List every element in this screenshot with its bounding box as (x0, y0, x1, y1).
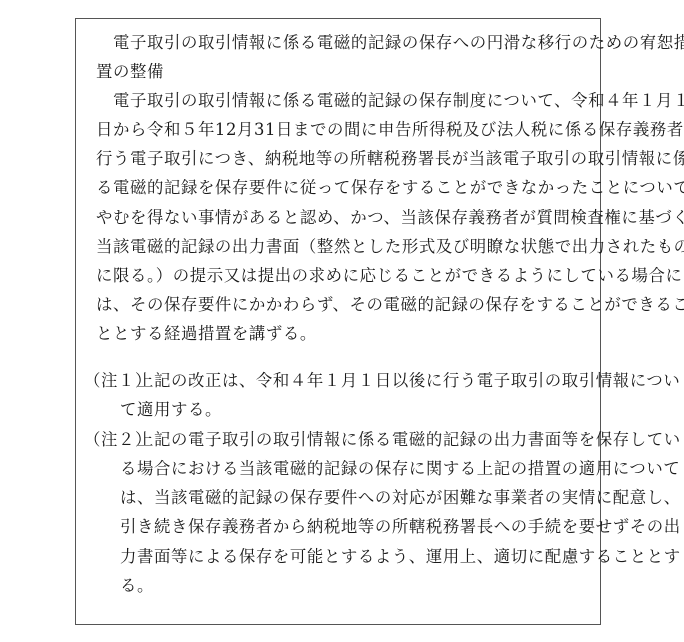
note-2-line-6: る。 (120, 576, 154, 596)
note-2-line-1: 上記の電子取引の取引情報に係る電磁的記録の出力書面等を保存してい (137, 430, 681, 450)
note-2-line-5: 力書面等による保存を可能とするよう、運用上、適切に配慮することとす (120, 547, 681, 567)
note-2-line-4: 引き続き保存義務者から納税地等の所轄税務署長への手続を要せずその出 (120, 517, 681, 537)
section-title-line-1: 電子取引の取引情報に係る電磁的記録の保存への円滑な移行のための宥恕措 (113, 33, 684, 53)
note-1-line-1: 上記の改正は、令和４年１月１日以後に行う電子取引の取引情報につい (137, 371, 680, 391)
note-2-line-2: る場合における当該電磁的記録の保存に関する上記の措置の適用について (120, 459, 680, 479)
section-title-line-2: 置の整備 (96, 62, 164, 82)
body-line-7: に限る。）の提示又は提出の求めに応じることができるようにしている場合に (96, 266, 682, 286)
body-line-1: 電子取引の取引情報に係る電磁的記録の保存制度について、令和４年１月１ (113, 91, 684, 111)
body-line-3: 行う電子取引につき、納税地等の所轄税務署長が当該電子取引の取引情報に係 (96, 149, 684, 169)
body-line-8: は、その保存要件にかかわらず、その電磁的記録の保存をすることができるこ (96, 295, 684, 315)
note-1-line-2: て適用する。 (120, 400, 222, 420)
body-line-9: ととする経過措置を講ずる。 (96, 324, 317, 344)
body-line-2: 日から令和５年12月31日までの間に申告所得税及び法人税に係る保存義務者が (96, 120, 684, 140)
body-line-4: る電磁的記録を保存要件に従って保存をすることができなかったことについて (96, 178, 684, 198)
body-line-5: やむを得ない事情があると認め、かつ、当該保存義務者が質問検査権に基づく (96, 208, 684, 228)
body-line-6: 当該電磁的記録の出力書面（整然とした形式及び明瞭な状態で出力されたもの (96, 237, 684, 257)
note-2-line-3: は、当該電磁的記録の保存要件への対応が困難な事業者の実情に配意し、 (120, 488, 681, 508)
